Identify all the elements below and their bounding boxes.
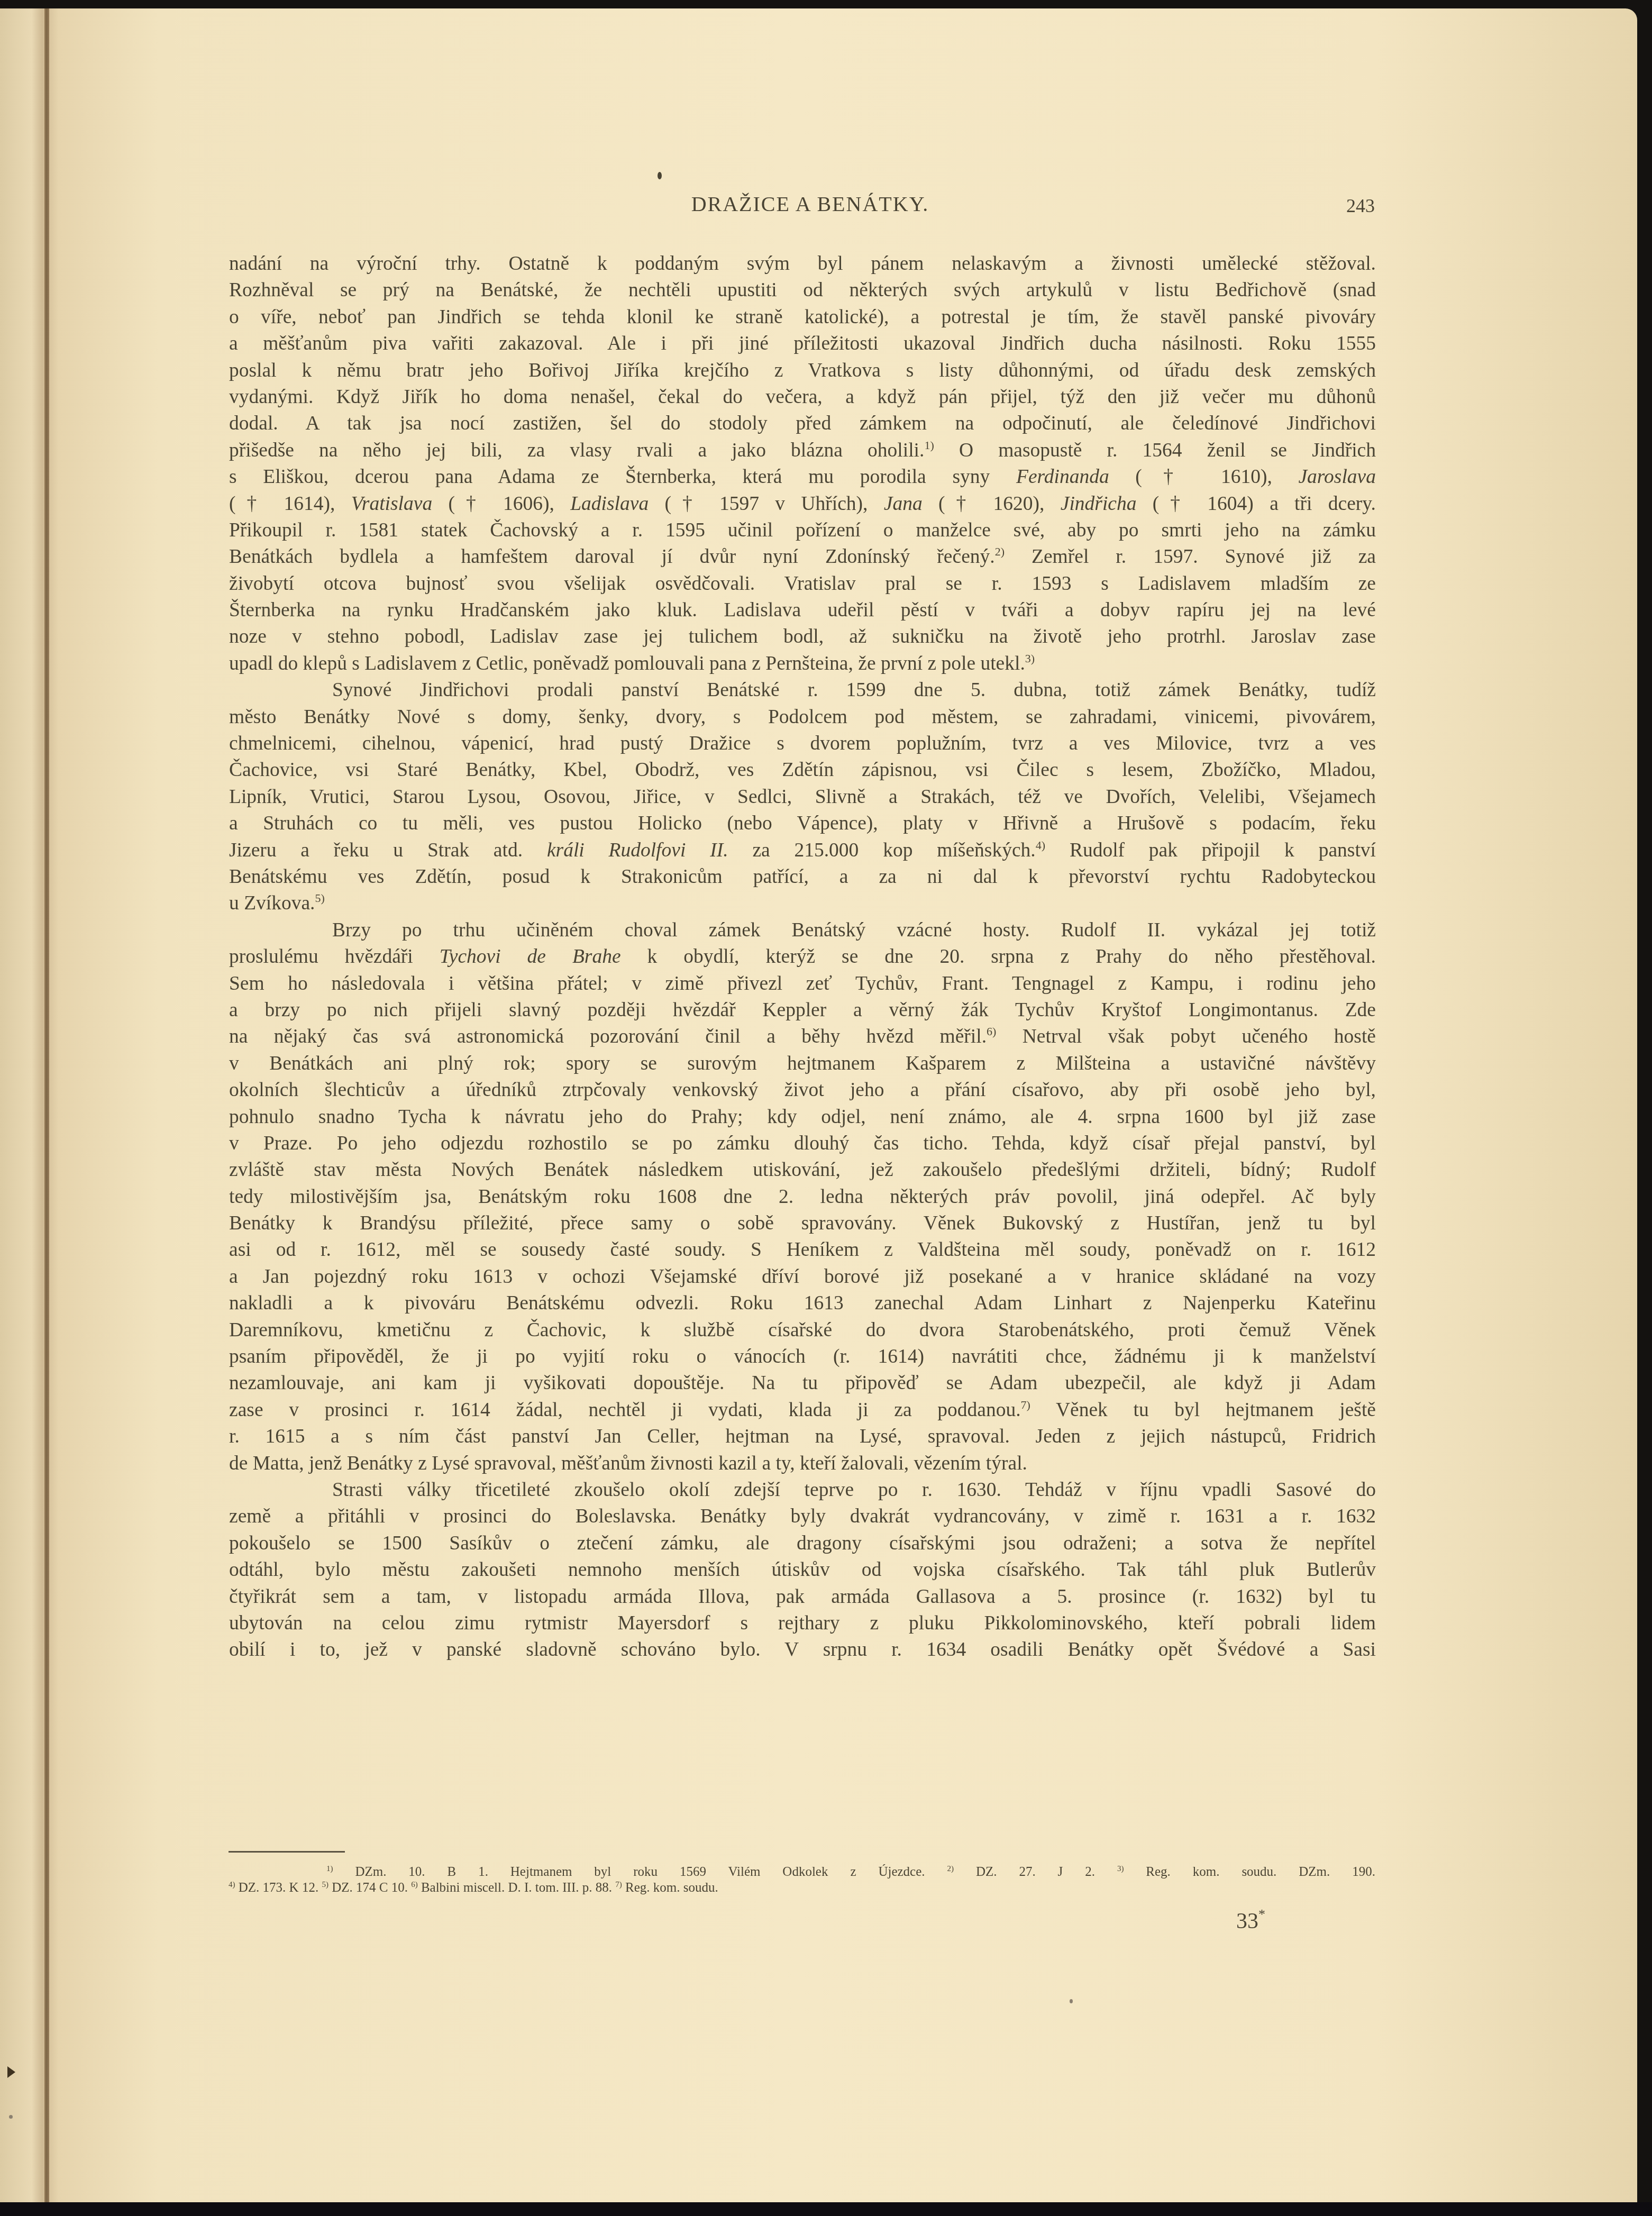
text-line: s Eliškou, dcerou pana Adama ze Šternber… [229,464,1376,490]
footnote-reference: 5) [315,891,324,905]
text-line: ubytován na celou zimu rytmistr Mayersdo… [229,1610,1376,1637]
italic-name: Ferdinanda [1016,466,1109,488]
text-line: Benátskému ves Zdětín, posud k Strakonic… [229,864,1376,890]
footnote-reference: 6) [987,1025,996,1038]
text-line: asi od r. 1612, měl se sousedy časté sou… [229,1237,1376,1263]
text-line: Synové Jindřichovi prodali panství Benát… [229,677,1376,704]
footnote-line: 4) DZ. 173. K 12. 5) DZ. 174 C 10. 6) Ba… [229,1880,1375,1896]
text-line: Benátkách bydlela a hamfeštem daroval jí… [229,544,1376,570]
ink-speck [9,2115,13,2119]
footnote-number: 3) [1117,1865,1124,1873]
footnote-number: 2) [947,1865,954,1873]
footnotes: 1) DZm. 10. B 1. Hejtmanem byl roku 1569… [229,1864,1375,1896]
text-line: město Benátky Nové s domy, šenky, dvory,… [229,704,1376,731]
text-line: proslulému hvězdáři Tychovi de Brahe k o… [229,944,1376,970]
text-line: pohnulo snadno Tycha k návratu jeho do P… [229,1104,1376,1130]
text-line: Sem ho následovala i většina přátel; v z… [229,971,1376,997]
italic-name: Ladislava [570,493,649,515]
text-line: Daremníkovu, kmetičnu z Čachovic, k služ… [229,1317,1376,1344]
footnote-reference: 4) [1036,838,1045,852]
footnote-reference: 7) [1021,1398,1030,1411]
text-line: v Benátkách ani plný rok; spory se surov… [229,1051,1376,1077]
text-line: Brzy po trhu učiněném choval zámek Benát… [229,917,1376,944]
text-line: o víře, neboť pan Jindřich se tehda klon… [229,304,1376,331]
italic-name: králi Rudolfovi II. [547,840,728,861]
text-line: Šternberka na rynku Hradčanském jako klu… [229,597,1376,624]
text-line: v Praze. Po jeho odjezdu rozhostilo se p… [229,1130,1376,1157]
text-line: nakladli a k pivováru Benátskému odvezli… [229,1290,1376,1317]
text-line: čtyřikrát sem a tam, v listopadu armáda … [229,1584,1376,1610]
text-line: okolních šlechticův a úředníků ztrpčoval… [229,1077,1376,1104]
text-line: a Jan pojezdný roku 1613 v ochozi Všejam… [229,1264,1376,1290]
scan-border [0,2202,1652,2216]
margin-arrow-marker [7,2066,15,2078]
text-line: země a přitáhli v prosinci do Boleslavsk… [229,1503,1376,1530]
text-line: u Zvíkova.5) [229,890,1376,917]
footnote-reference: 3) [1025,652,1035,665]
text-line: odtáhl, bylo městu zakoušeti nemnoho men… [229,1557,1376,1583]
text-line: poslal k němu bratr jeho Bořivoj Jiříka … [229,358,1376,384]
text-line: a Struhách co tu měli, ves pustou Holick… [229,810,1376,837]
signature-mark: 33* [1236,1907,1265,1934]
text-line: nadání na výroční trhy. Ostatně k poddan… [229,251,1376,277]
text-line: na nějaký čas svá astronomická pozorován… [229,1024,1376,1050]
page-gutter [44,8,49,2204]
text-line: pokoušelo se 1500 Sasíkův o ztečení zámk… [229,1530,1376,1557]
footnote-line: 1) DZm. 10. B 1. Hejtmanem byl roku 1569… [229,1864,1375,1880]
footnote-number: 1) [326,1865,333,1873]
text-line: zase v prosinci r. 1614 žádal, nechtěl j… [229,1397,1376,1424]
signature-number: 33 [1236,1909,1258,1934]
page-number: 243 [1346,195,1375,217]
footnote-number: 6) [411,1881,418,1889]
text-line: zvláště stav města Nových Benátek násled… [229,1157,1376,1183]
text-line: a brzy po nich přijeli slavný později hv… [229,997,1376,1024]
text-line: přišedše na něho jej bili, za vlasy rval… [229,437,1376,464]
italic-name: Jindřicha [1061,493,1137,515]
ink-speck [658,172,662,179]
text-line: Rozhněval se prý na Benátské, že nechtěl… [229,277,1376,304]
text-line: Jizeru a řeku u Strak atd. králi Rudolfo… [229,837,1376,864]
italic-name: Vratislava [351,493,432,515]
text-line: Čachovice, vsi Staré Benátky, Kbel, Obod… [229,757,1376,783]
text-line: noze v stehno pobodl, Ladislav zase jej … [229,624,1376,650]
text-line: obilí i to, jež v panské sladovně schová… [229,1637,1376,1663]
footnote-rule [229,1851,345,1853]
italic-name: Jaroslava [1298,466,1376,488]
text-line: živobytí otcova bujnosť svou všelijak os… [229,571,1376,597]
footnote-number: 4) [229,1881,235,1889]
signature-star: * [1258,1907,1265,1922]
text-line: tedy milostivějším jsa, Benátským roku 1… [229,1184,1376,1210]
italic-name: Jana [884,493,923,515]
text-line: dodal. A tak jsa nocí zastižen, šel do s… [229,411,1376,437]
text-line: vydanými. Když Jiřík ho doma nenašel, če… [229,384,1376,411]
italic-name: Tychovi de Brahe [440,946,621,968]
text-line: Benátky k Brandýsu příležité, přece samy… [229,1210,1376,1237]
text-line: Strasti války třicetileté zkoušelo okolí… [229,1477,1376,1503]
running-head: DRAŽICE A BENÁTKY. [0,191,1652,216]
text-line: upadl do klepů s Ladislavem z Cetlic, po… [229,651,1376,677]
footnote-number: 7) [615,1881,622,1889]
footnote-number: 5) [322,1881,328,1889]
text-line: de Matta, jenž Benátky z Lysé spravoval,… [229,1451,1376,1477]
text-line: († 1614), Vratislava († 1606), Ladislava… [229,491,1376,517]
ink-speck [1070,1999,1073,2003]
body-text: nadání na výroční trhy. Ostatně k poddan… [229,251,1376,1664]
footnote-reference: 2) [995,545,1005,558]
text-line: r. 1615 a s ním část panství Jan Celler,… [229,1424,1376,1450]
footnote-reference: 1) [924,439,934,452]
text-line: nezamlouvaje, ani kam ji vyšikovati dopo… [229,1370,1376,1397]
text-line: Lipník, Vrutici, Starou Lysou, Osovou, J… [229,784,1376,810]
text-line: Přikoupil r. 1581 statek Čachovský a r. … [229,517,1376,544]
running-title: DRAŽICE A BENÁTKY. [691,192,929,216]
text-line: psaním připověděl, že ji po vyjití roku … [229,1344,1376,1370]
text-line: a měšťanům piva vařiti zakazoval. Ale i … [229,331,1376,357]
text-line: chmelnicemi, cihelnou, vápenicí, hrad pu… [229,731,1376,757]
